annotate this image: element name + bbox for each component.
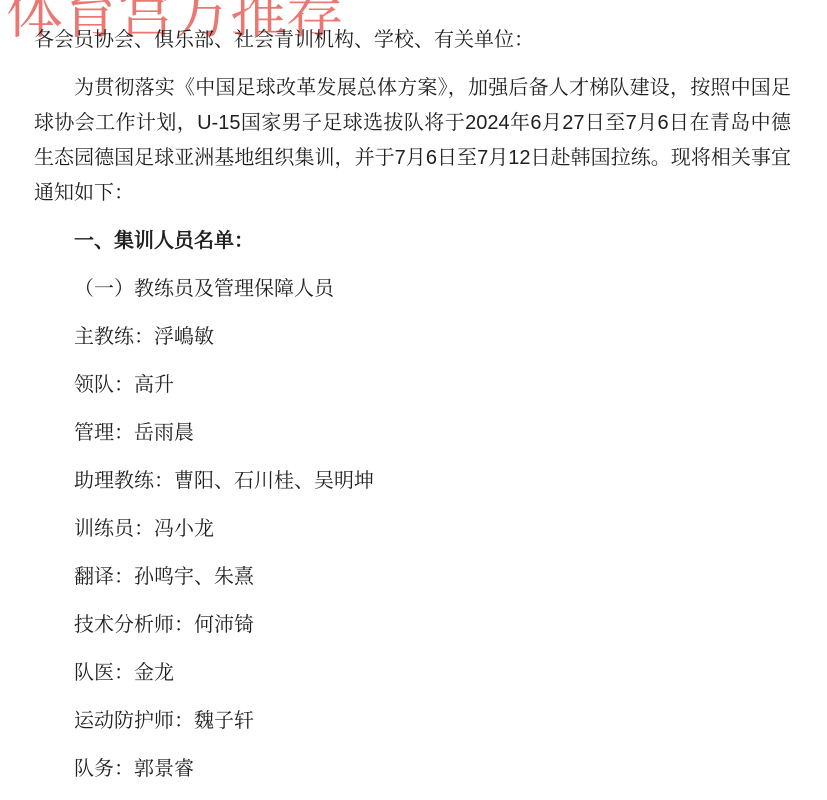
staff-line-translators: 翻译：孙鸣宇、朱熹: [34, 560, 791, 595]
staff-line-team-leader: 领队：高升: [34, 368, 791, 403]
staff-line-team-doctor: 队医：金龙: [34, 656, 791, 691]
intro-paragraph: 为贯彻落实《中国足球改革发展总体方案》，加强后备人才梯队建设，按照中国足球协会工…: [34, 71, 791, 211]
document-page: { "page": { "background": "#ffffff", "te…: [0, 0, 827, 800]
staff-line-technical-analyst: 技术分析师：何沛锜: [34, 608, 791, 643]
staff-line-assistant-coaches: 助理教练：曹阳、石川桂、吴明坤: [34, 464, 791, 499]
staff-line-team-affairs: 队务：郭景睿: [34, 752, 791, 787]
section-heading-roster: 一、集训人员名单：: [34, 224, 791, 259]
salutation-line: 各会员协会、俱乐部、社会青训机构、学校、有关单位：: [34, 23, 791, 58]
staff-line-head-coach: 主教练：浮嶋敏: [34, 320, 791, 355]
staff-line-trainer: 训练员：冯小龙: [34, 512, 791, 547]
staff-line-manager: 管理：岳雨晨: [34, 416, 791, 451]
subsection-heading-coaching-staff: （一）教练员及管理保障人员: [34, 272, 791, 307]
notice-body: 各会员协会、俱乐部、社会青训机构、学校、有关单位： 为贯彻落实《中国足球改革发展…: [0, 0, 827, 787]
staff-line-athletic-trainer: 运动防护师：魏子轩: [34, 704, 791, 739]
